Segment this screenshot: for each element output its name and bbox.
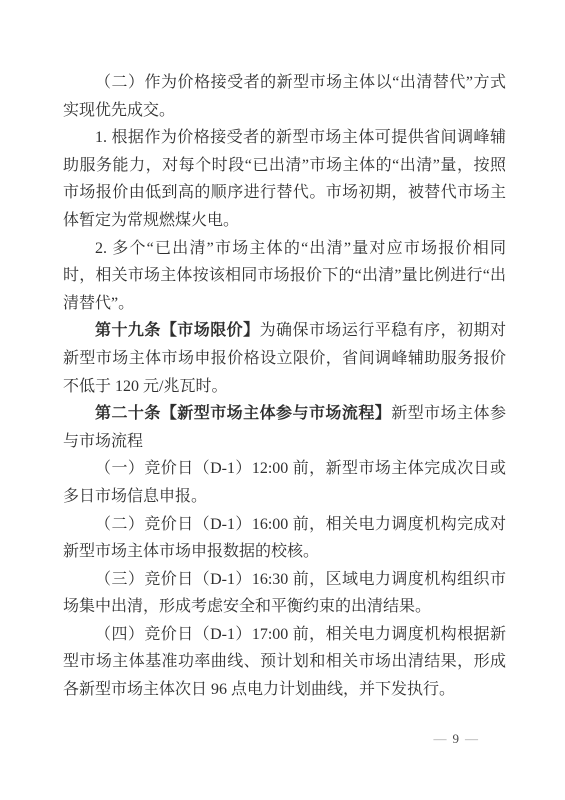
document-body: （二）作为价格接受者的新型市场主体以“出清替代”方式实现优先成交。 1. 根据作… [63, 69, 506, 704]
page-number: —9— [434, 730, 479, 748]
article-19-heading: 第十九条【市场限价】 [95, 322, 260, 339]
article-20-heading: 第二十条【新型市场主体参与市场流程】 [95, 405, 391, 422]
page-number-dash-right: — [465, 731, 478, 746]
paragraph-article-20: 第二十条【新型市场主体参与市场流程】新型市场主体参与市场流程 [63, 400, 506, 455]
paragraph-substitution-rule-1: 1. 根据作为价格接受者的新型市场主体可提供省间调峰辅助服务能力，对每个时段“已… [63, 124, 506, 234]
paragraph-process-step-3: （三）竞价日（D-1）16:30 前，区域电力调度机构组织市场集中出清，形成考虑… [63, 566, 506, 621]
paragraph-clearing-substitution-intro: （二）作为价格接受者的新型市场主体以“出清替代”方式实现优先成交。 [63, 69, 506, 124]
paragraph-process-step-4: （四）竞价日（D-1）17:00 前，相关电力调度机构根据新型市场主体基准功率曲… [63, 621, 506, 704]
paragraph-article-19: 第十九条【市场限价】为确保市场运行平稳有序，初期对新型市场主体市场申报价格设立限… [63, 317, 506, 400]
paragraph-substitution-rule-2: 2. 多个“已出清”市场主体的“出清”量对应市场报价相同时，相关市场主体按该相同… [63, 235, 506, 318]
document-page: （二）作为价格接受者的新型市场主体以“出清替代”方式实现优先成交。 1. 根据作… [0, 0, 565, 800]
page-number-value: 9 [453, 731, 460, 746]
paragraph-process-step-1: （一）竞价日（D-1）12:00 前，新型市场主体完成次日或多日市场信息申报。 [63, 455, 506, 510]
page-number-dash-left: — [434, 731, 447, 746]
paragraph-process-step-2: （二）竞价日（D-1）16:00 前，相关电力调度机构完成对新型市场主体市场申报… [63, 511, 506, 566]
